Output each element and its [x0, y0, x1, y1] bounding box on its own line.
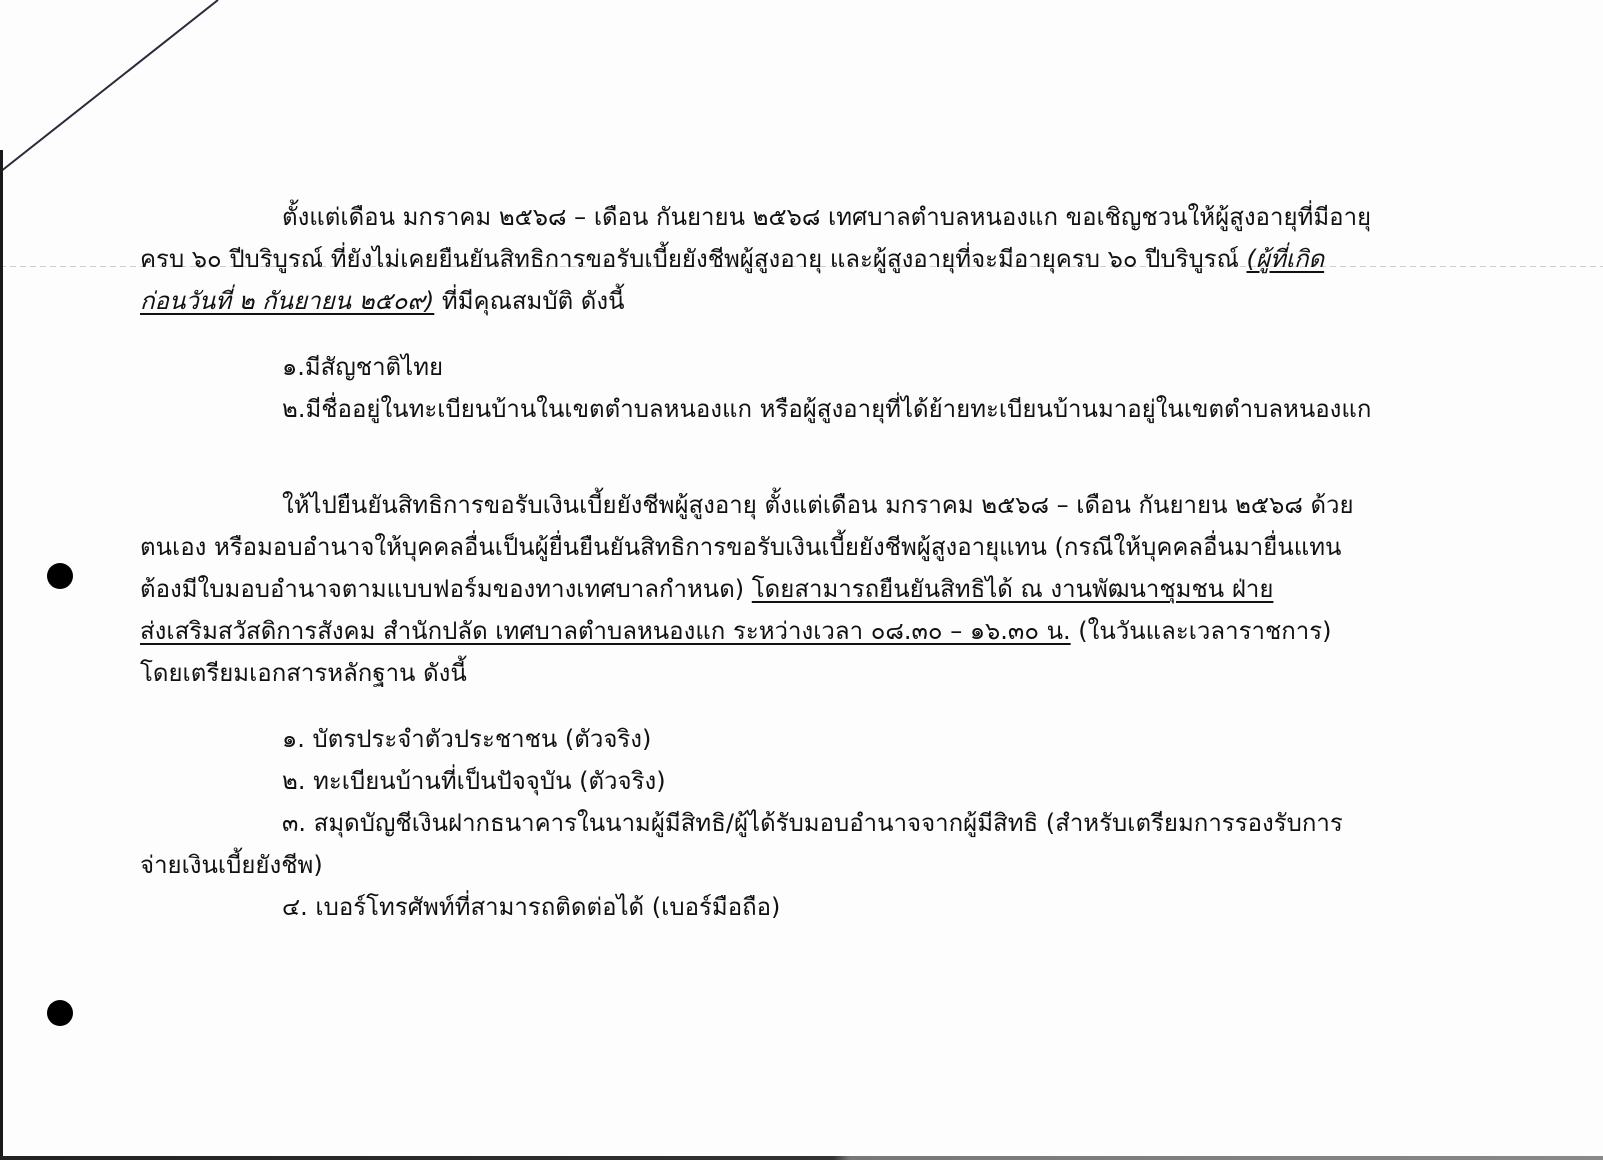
page-bottom-edge [0, 1156, 1603, 1160]
text-line: ให้ไปยืนยันสิทธิการขอรับเงินเบี้ยยังชีพผ… [140, 484, 1525, 526]
paragraph-instructions: ให้ไปยืนยันสิทธิการขอรับเงินเบี้ยยังชีพผ… [140, 484, 1525, 694]
birth-date-condition: (ผู้ที่เกิด [1247, 245, 1325, 273]
text-line: ส่งเสริมสวัสดิการสังคม สำนักปลัด เทศบาลต… [140, 610, 1525, 652]
document-item-continuation: จ่ายเงินเบี้ยยังชีพ) [140, 844, 1525, 886]
text-line: ตนเอง หรือมอบอำนาจให้บุคคลอื่นเป็นผู้ยื่… [140, 526, 1525, 568]
paragraph-invitation: ตั้งแต่เดือน มกราคม ๒๕๖๘ – เดือน กันยายน… [140, 196, 1525, 322]
paper-fold-line [0, 0, 230, 180]
document-item: ๓. สมุดบัญชีเงินฝากธนาคารในนามผู้มีสิทธิ… [140, 802, 1525, 844]
text-line: ตั้งแต่เดือน มกราคม ๒๕๖๘ – เดือน กันยายน… [140, 196, 1525, 238]
text-line: ก่อนวันที่ ๒ กันยายน ๒๕๐๙) ที่มีคุณสมบัต… [140, 280, 1525, 322]
text-line: โดยเตรียมเอกสารหลักฐาน ดังนี้ [140, 652, 1525, 694]
text-line: ครบ ๖๐ ปีบริบูรณ์ ที่ยังไม่เคยยืนยันสิทธ… [140, 238, 1525, 280]
qualification-item: ๑.มีสัญชาติไทย [140, 346, 1525, 388]
page-left-edge [0, 150, 3, 1160]
location-underlined: โดยสามารถยืนยันสิทธิได้ ณ งานพัฒนาชุมชน … [752, 575, 1274, 603]
qualification-item: ๒.มีชื่ออยู่ในทะเบียนบ้านในเขตตำบลหนองแก… [140, 388, 1525, 430]
location-hours-underlined: ส่งเสริมสวัสดิการสังคม สำนักปลัด เทศบาลต… [140, 617, 1071, 645]
text-line: ต้องมีใบมอบอำนาจตามแบบฟอร์มของทางเทศบาลก… [140, 568, 1525, 610]
punch-hole-top [47, 563, 73, 589]
scanned-document-page: ตั้งแต่เดือน มกราคม ๒๕๖๘ – เดือน กันยายน… [0, 0, 1603, 1160]
document-item: ๒. ทะเบียนบ้านที่เป็นปัจจุบัน (ตัวจริง) [140, 760, 1525, 802]
document-item: ๑. บัตรประจำตัวประชาชน (ตัวจริง) [140, 718, 1525, 760]
punch-hole-bottom [47, 1000, 73, 1026]
required-documents-list: ๑. บัตรประจำตัวประชาชน (ตัวจริง) ๒. ทะเบ… [140, 718, 1525, 928]
qualifications-list: ๑.มีสัญชาติไทย ๒.มีชื่ออยู่ในทะเบียนบ้าน… [140, 346, 1525, 430]
birth-date-condition: ก่อนวันที่ ๒ กันยายน ๒๕๐๙) [140, 287, 434, 315]
document-item: ๔. เบอร์โทรศัพท์ที่สามารถติดต่อได้ (เบอร… [140, 886, 1525, 928]
